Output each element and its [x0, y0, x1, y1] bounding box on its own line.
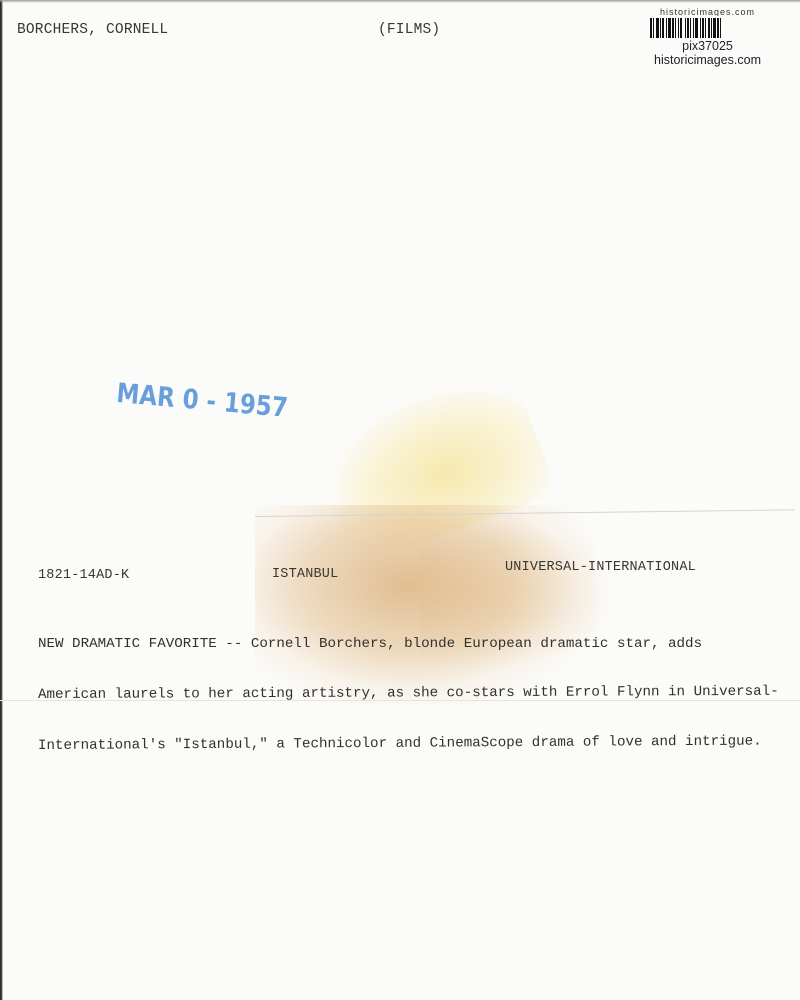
caption-studio: UNIVERSAL-INTERNATIONAL — [505, 560, 696, 575]
caption-line: American laurels to her acting artistry,… — [38, 684, 779, 704]
caption-code: 1821-14AD-K — [38, 568, 129, 583]
date-stamp: MAR 0 - 1957 — [115, 378, 289, 424]
caption-body: NEW DRAMATIC FAVORITE -- Cornell Borcher… — [38, 602, 779, 772]
barcode-label: historicimages.com pix37025 historicimag… — [645, 8, 770, 67]
barcode-site: historicimages.com — [645, 53, 770, 67]
caption-line: NEW DRAMATIC FAVORITE -- Cornell Borcher… — [38, 636, 779, 653]
photo-top-edge — [0, 0, 800, 3]
photo-left-edge — [0, 0, 3, 1000]
caption-film-title: ISTANBUL — [272, 567, 338, 582]
subject-category: (FILMS) — [378, 22, 440, 38]
caption-line: International's "Istanbul," a Technicolo… — [38, 733, 779, 755]
barcode-icon — [650, 18, 766, 38]
subject-name: BORCHERS, CORNELL — [17, 22, 168, 38]
barcode-top-text: historicimages.com — [645, 8, 770, 16]
barcode-id: pix37025 — [645, 39, 770, 53]
